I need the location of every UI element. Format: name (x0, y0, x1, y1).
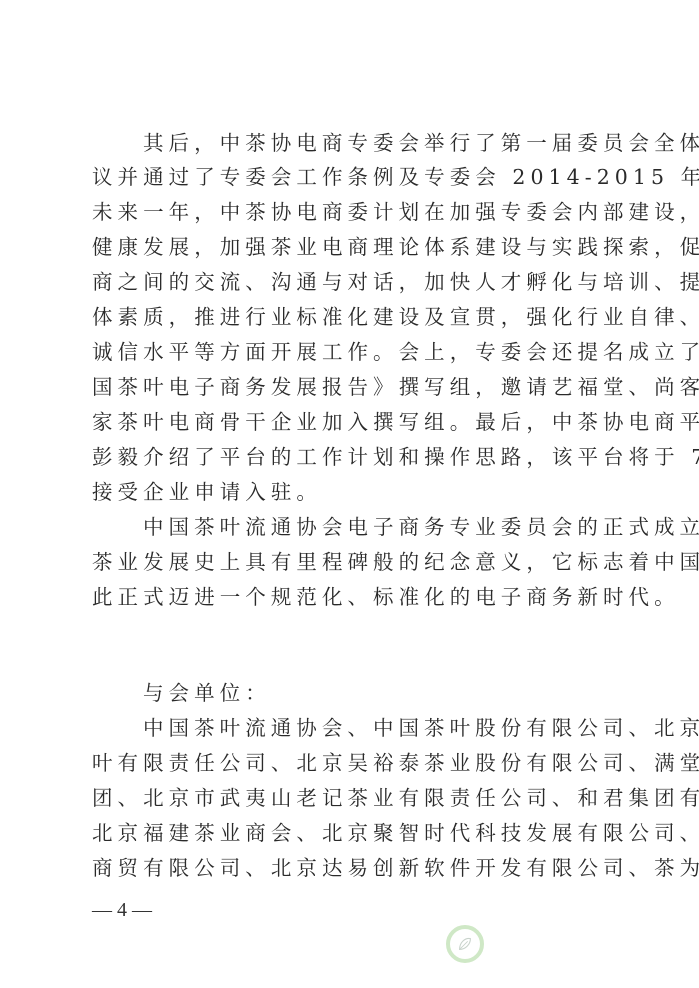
attendees-line-4: 北京福建茶业商会、北京聚智时代科技发展有限公司、北京伴夏 (92, 819, 606, 847)
attendees-line-2: 叶有限责任公司、北京吴裕泰茶业股份有限公司、满堂香茶业集 (92, 749, 606, 777)
attendees-line-3: 团、北京市武夷山老记茶业有限责任公司、和君集团有限公司、 (92, 784, 606, 812)
paragraph-1-line-3: 未来一年，中茶协电商委计划在加强专委会内部建设，促进行业 (92, 198, 606, 226)
attendees-line-5: 商贸有限公司、北京达易创新软件开发有限公司、茶为媒(北京) (92, 854, 606, 882)
paragraph-2-line-3: 此正式迈进一个规范化、标准化的电子商务新时代。 (92, 583, 606, 611)
paragraph-1-line-6: 体素质，推进行业标准化建设及宣贯，强化行业自律、提高行业 (92, 303, 606, 331)
paragraph-2-line-1: 中国茶叶流通协会电子商务专业委员会的正式成立，在中国 (143, 513, 606, 541)
paragraph-1-line-9: 家茶叶电商骨干企业加入撰写组。最后，中茶协电商平台负责人 (92, 408, 606, 436)
paragraph-2-line-2: 茶业发展史上具有里程碑般的纪念意义，它标志着中国茶产业从 (92, 548, 606, 576)
page-number: — 4 — (92, 896, 152, 924)
leaf-icon (456, 935, 474, 953)
paragraph-1-line-5: 商之间的交流、沟通与对话，加快人才孵化与培训、提升行业整 (92, 268, 606, 296)
paragraph-1-line-11: 接受企业申请入驻。 (92, 478, 606, 506)
attendees-line-1: 中国茶叶流通协会、中国茶叶股份有限公司、北京张一元茶 (143, 714, 606, 742)
paragraph-1-line-1: 其后，中茶协电商专委会举行了第一届委员会全体会议，审 (143, 129, 606, 157)
paragraph-1-line-7: 诚信水平等方面开展工作。会上，专委会还提名成立了《2014 中 (92, 338, 606, 366)
paragraph-1-line-8: 国茶叶电子商务发展报告》撰写组，邀请艺福堂、尚客茶品等几 (92, 373, 606, 401)
attendees-heading: 与会单位： (143, 679, 606, 707)
paragraph-1-line-10: 彭毅介绍了平台的工作计划和操作思路，该平台将于 7 月 1 日起 (92, 443, 606, 471)
paragraph-1-line-2: 议并通过了专委会工作条例及专委会 2014-2015 年度工作计划。 (92, 163, 606, 191)
document-page: 其后，中茶协电商专委会举行了第一届委员会全体会议，审 议并通过了专委会工作条例及… (0, 0, 699, 988)
leaf-seal-icon (446, 925, 484, 963)
paragraph-1-line-4: 健康发展，加强茶业电商理论体系建设与实践探索，促进茶业电 (92, 233, 606, 261)
